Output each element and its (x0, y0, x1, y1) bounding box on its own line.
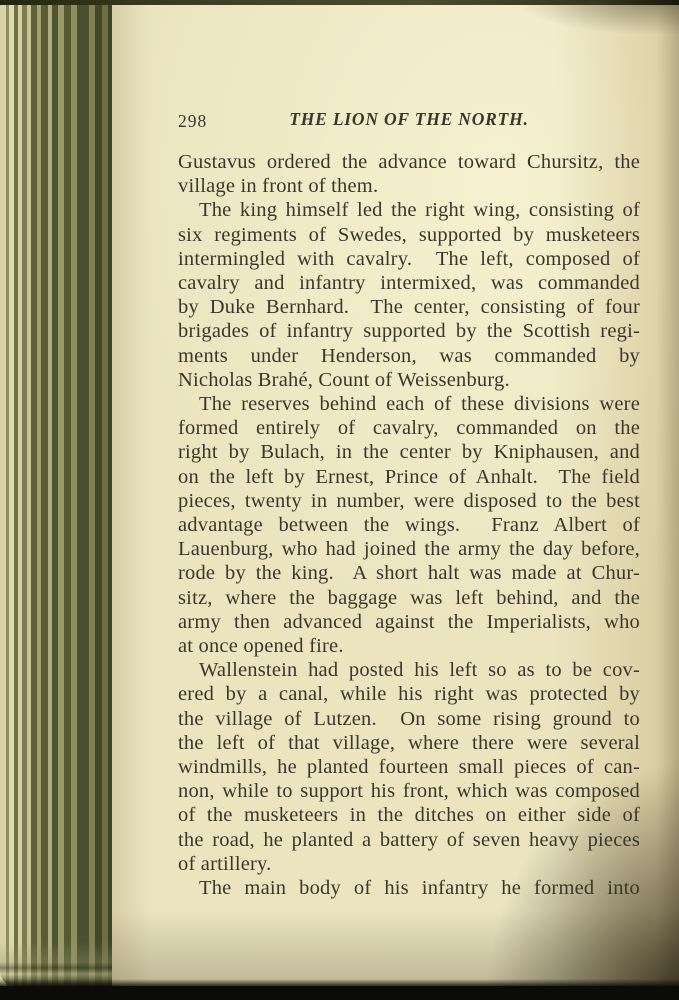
page: 298 THE LION OF THE NORTH. Gustavus orde… (112, 0, 679, 1000)
text-line: right by Bulach, in the center by Knipha… (178, 440, 640, 464)
text-line: village in front of them. (178, 174, 640, 198)
text-line: formed entirely of cavalry, commanded on… (178, 416, 640, 440)
text-line: non, while to support his front, which w… (178, 779, 640, 803)
text-line: army then advanced against the Imperiali… (178, 610, 640, 634)
text-line: brigades of infantry supported by the Sc… (178, 319, 640, 343)
text-line: The king himself led the right wing, con… (178, 198, 640, 222)
running-title: THE LION OF THE NORTH. (178, 109, 640, 130)
text-line: pieces, twenty in number, were disposed … (178, 489, 640, 513)
text-line: Nicholas Brahé, Count of Weissenburg. (178, 368, 640, 392)
text-line: by Duke Bernhard. The center, consisting… (178, 295, 640, 319)
text-line: Lauenburg, who had joined the army the d… (178, 537, 640, 561)
text-line: of artillery. (178, 852, 640, 876)
paragraph: Gustavus ordered the advance toward Chur… (178, 150, 640, 198)
text-line: intermingled with cavalry. The left, com… (178, 247, 640, 271)
page-header: 298 THE LION OF THE NORTH. (178, 109, 640, 135)
text-line: the left of that village, where there we… (178, 731, 640, 755)
paragraph: The king himself led the right wing, con… (178, 198, 640, 392)
text-line: the road, he planted a battery of seven … (178, 828, 640, 852)
text-line: The main body of his infantry he formed … (178, 876, 640, 900)
book-page-edges (0, 0, 112, 1000)
text-line: ments under Henderson, was commanded by (178, 344, 640, 368)
text-line: The reserves behind each of these divisi… (178, 392, 640, 416)
scan-top-border (0, 0, 679, 5)
text-line: ered by a canal, while his right was pro… (178, 682, 640, 706)
page-body: Gustavus ordered the advance toward Chur… (178, 150, 640, 900)
paragraph: The main body of his infantry he formed … (178, 876, 640, 900)
paragraph: The reserves behind each of these divisi… (178, 392, 640, 658)
text-line: Wallenstein had posted his left so as to… (178, 658, 640, 682)
scanned-book-page: 298 THE LION OF THE NORTH. Gustavus orde… (0, 0, 679, 1000)
text-line: sitz, where the baggage was left behind,… (178, 586, 640, 610)
text-line: advantage between the wings. Franz Alber… (178, 513, 640, 537)
text-line: the village of Lutzen. On some rising gr… (178, 707, 640, 731)
text-line: of the musketeers in the ditches on eith… (178, 803, 640, 827)
text-line: six regiments of Swedes, supported by mu… (178, 223, 640, 247)
text-line: at once opened fire. (178, 634, 640, 658)
text-line: Gustavus ordered the advance toward Chur… (178, 150, 640, 174)
scan-bottom-border (0, 986, 679, 1000)
text-line: cavalry and infantry intermixed, was com… (178, 271, 640, 295)
text-line: on the left by Ernest, Prince of Anhalt.… (178, 465, 640, 489)
text-line: windmills, he planted fourteen small pie… (178, 755, 640, 779)
paragraph: Wallenstein had posted his left so as to… (178, 658, 640, 876)
text-line: rode by the king. A short halt was made … (178, 561, 640, 585)
